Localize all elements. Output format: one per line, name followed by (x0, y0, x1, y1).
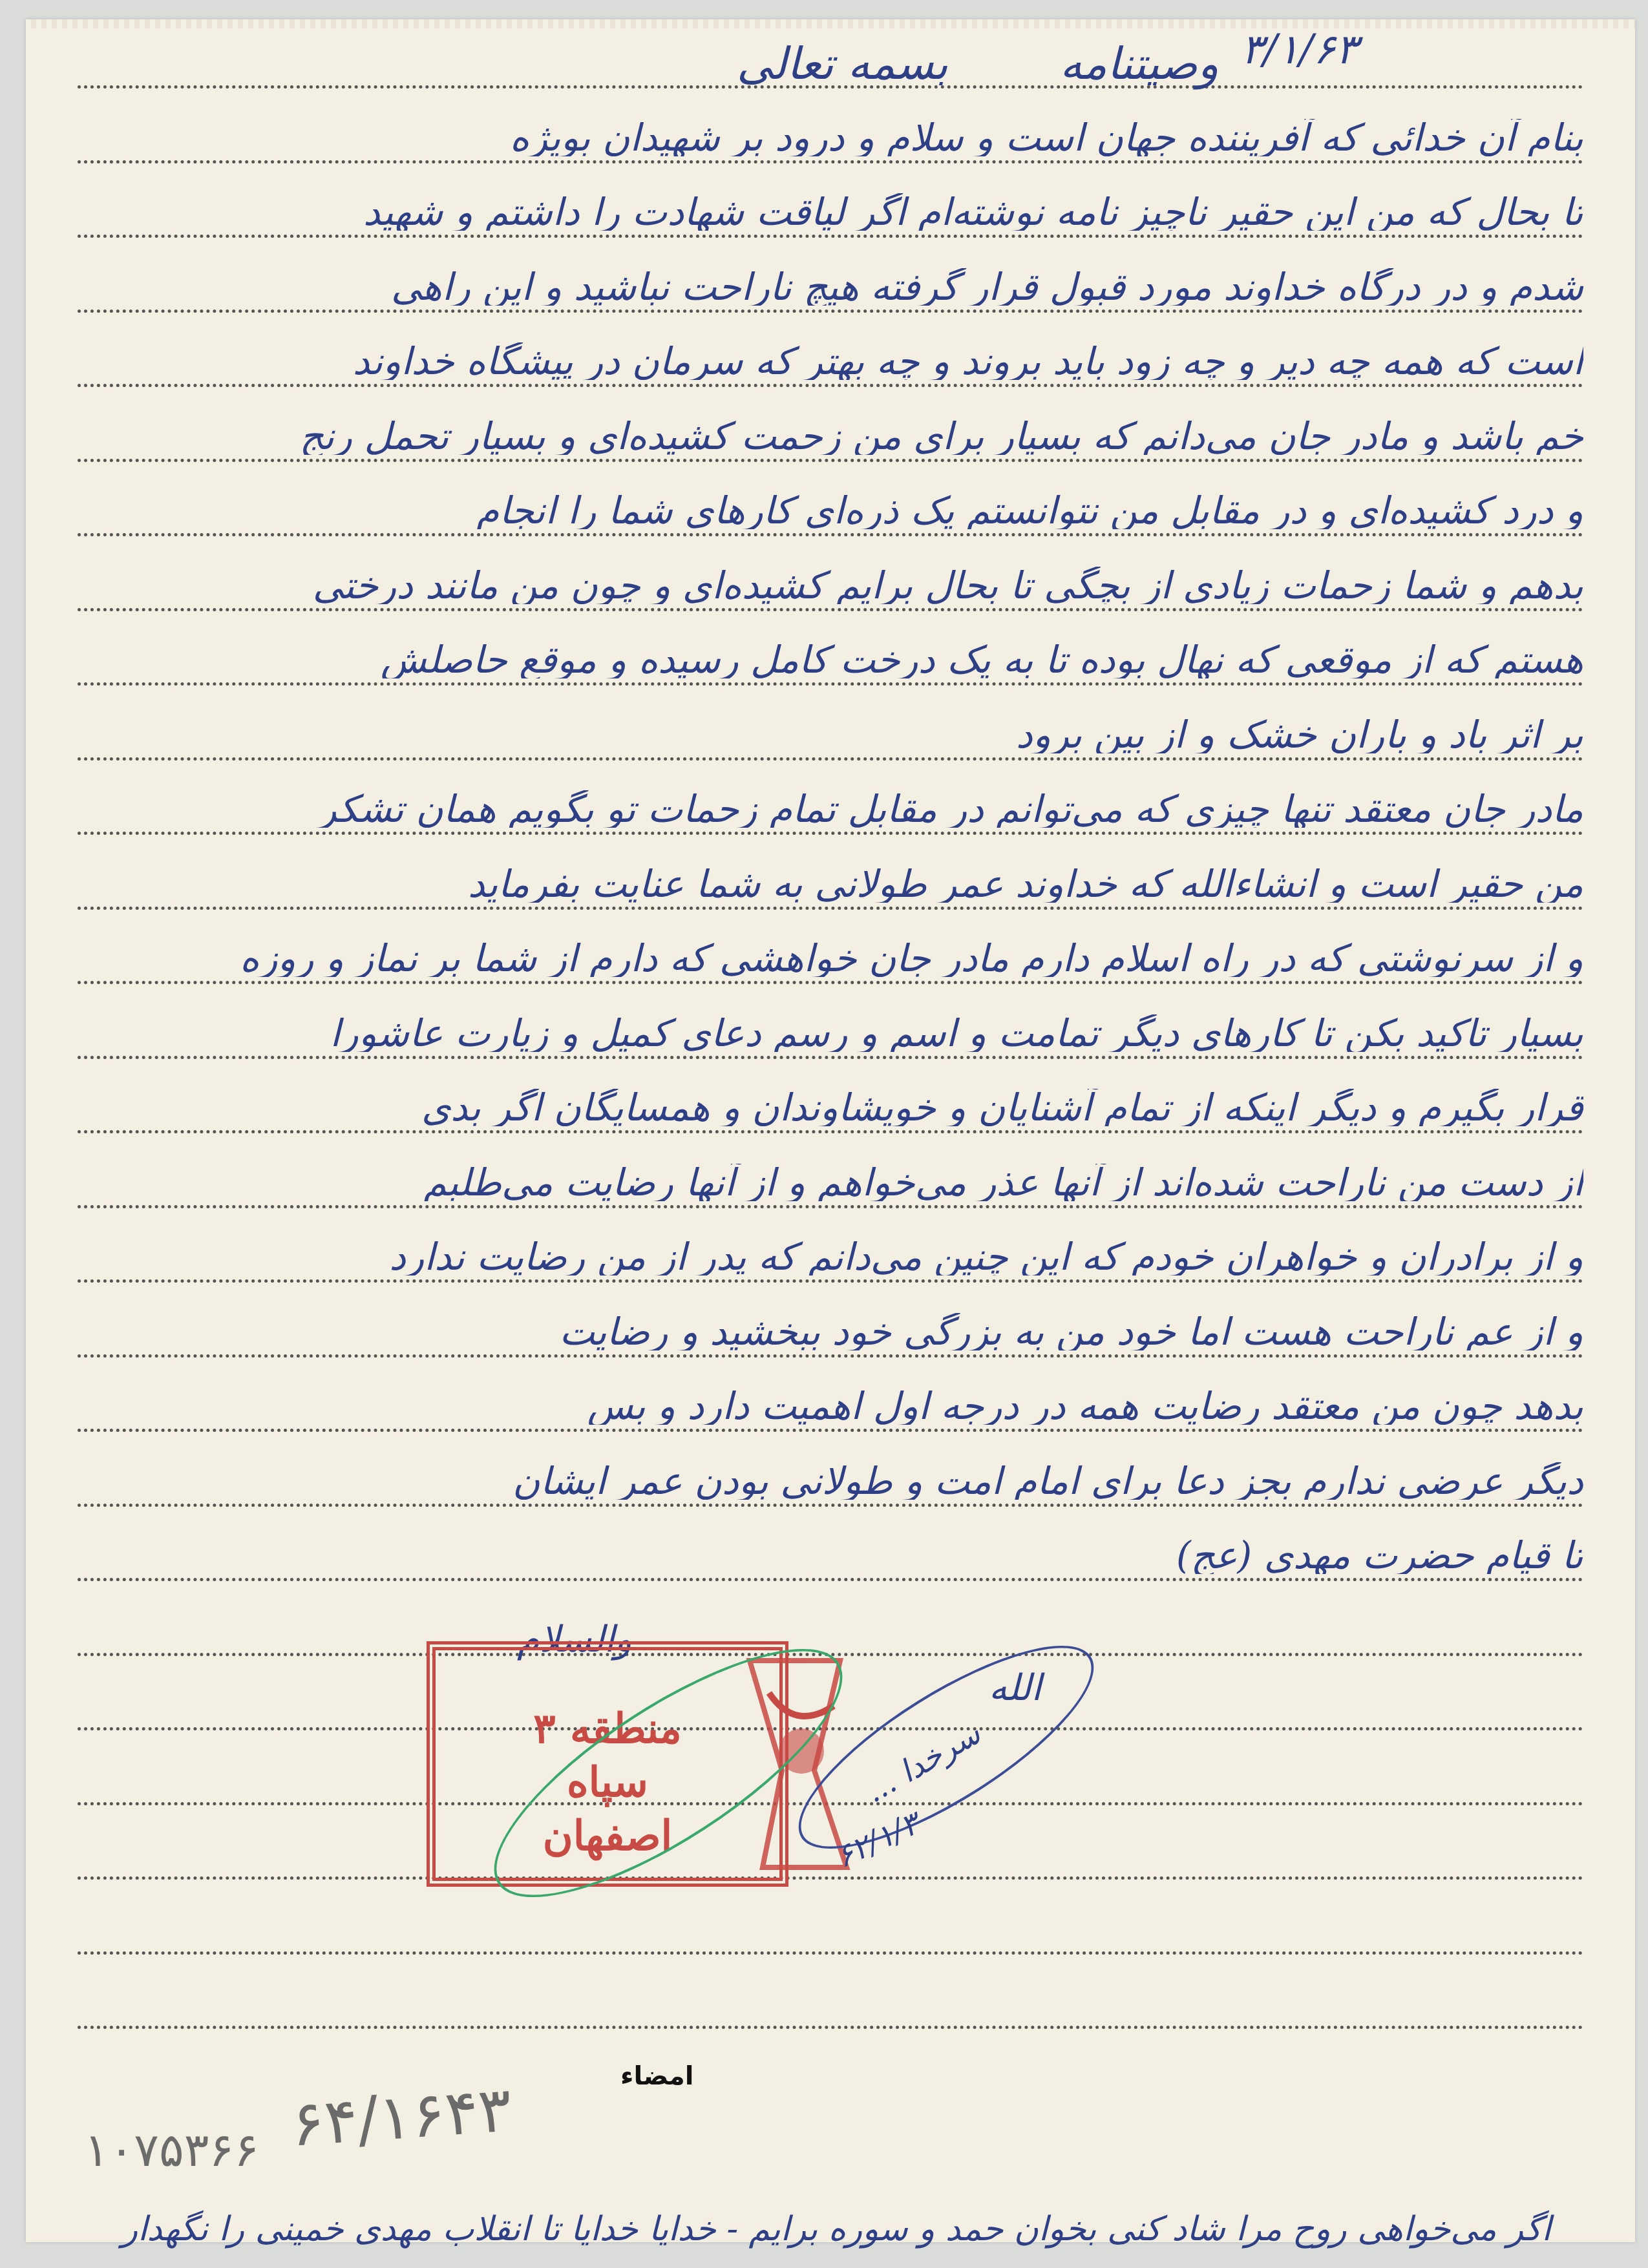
letter-line: بسیار تاکید بکن تا کارهای دیگر تمامت و ا… (65, 1014, 1583, 1052)
ruled-line (78, 533, 1583, 536)
ruled-line (78, 1279, 1583, 1283)
letter-line: قرار بگیرم و دیگر اینکه از تمام آشنایان … (65, 1089, 1583, 1126)
letter-line: تا قیام حضرت مهدی (عج) (840, 1537, 1583, 1574)
letter-line: خم باشد و مادر جان می‌دانم که بسیار برای… (65, 417, 1583, 455)
ruled-line (78, 1130, 1583, 1133)
document-date: ۳/۱/۶۳ (1241, 26, 1358, 74)
ruled-line (78, 1504, 1583, 1507)
letter-line: بدهد چون من معتقد رضایت همه در درجه اول … (207, 1387, 1583, 1425)
signature-name: الله (989, 1667, 1041, 1709)
ruled-line (78, 160, 1583, 163)
letter-line: بر اثر باد و باران خشک و از بین برود (743, 716, 1583, 753)
ruled-line (78, 459, 1583, 462)
reference-number: ۶۴/۱۶۴۳ (289, 2073, 514, 2161)
letter-line: هستم که از موقعی که نهال بوده تا به یک د… (65, 641, 1583, 678)
letter-line: و از سرنوشتی که در راه اسلام دارم مادر ج… (65, 940, 1583, 977)
ruled-line (78, 1429, 1583, 1432)
ruled-line (78, 1056, 1583, 1059)
signature-label: امضاء (620, 2061, 693, 2091)
letter-line: است که همه چه دیر و چه زود باید بروند و … (65, 342, 1583, 380)
footer-note: اگر می‌خواهی روح مرا شاد کنی بخوان حمد و… (121, 2210, 1551, 2249)
ruled-line (78, 1951, 1583, 1955)
letter-line: و درد کشیده‌ای و در مقابل من نتوانستم یک… (65, 492, 1583, 529)
ruled-line (78, 1876, 1583, 1880)
letter-line: مادر جان معتقد تنها چیزی که می‌توانم در … (65, 790, 1583, 828)
ruled-line (78, 981, 1583, 984)
archive-number: ۱۰۷۵۳۶۶ (84, 2123, 259, 2177)
ruled-line (78, 608, 1583, 611)
letter-line: بنام آن خدائی که آفریننده جهان است و سلا… (65, 119, 1583, 156)
ruled-line (78, 384, 1583, 387)
ruled-line (78, 1354, 1583, 1358)
document-invocation: بسمه تعالی (737, 39, 948, 90)
letter-line: من حقیر است و انشاءالله که خداوند عمر طو… (65, 865, 1583, 903)
ruled-line (78, 907, 1583, 910)
letter-line: و از عم ناراحت هست اما خود من به بزرگی خ… (207, 1313, 1583, 1350)
ruled-line (78, 235, 1583, 238)
ruled-line (78, 1578, 1583, 1581)
ruled-line (78, 832, 1583, 835)
letter-line: شدم و در درگاه خداوند مورد قبول قرار گرف… (65, 268, 1583, 306)
ruled-line (78, 2026, 1583, 2029)
letter-line: از دست من ناراحت شده‌اند از آنها عذر می‌… (65, 1164, 1583, 1201)
ruled-line (78, 682, 1583, 686)
ruled-line (78, 1205, 1583, 1208)
letter-line: و از برادران و خواهران خودم که این چنین … (65, 1238, 1583, 1276)
ruled-line (78, 310, 1583, 313)
document-title: وصیتنامه (1060, 39, 1219, 90)
letter-line: دیگر عرضی ندارم بجز دعا برای امام امت و … (207, 1462, 1583, 1500)
letter-line: بدهم و شما زحمات زیادی از بچگی تا بحال ب… (65, 567, 1583, 604)
ruled-line (78, 757, 1583, 761)
letter-line: تا بحال که من این حقیر ناچیز نامه نوشته‌… (65, 193, 1583, 231)
